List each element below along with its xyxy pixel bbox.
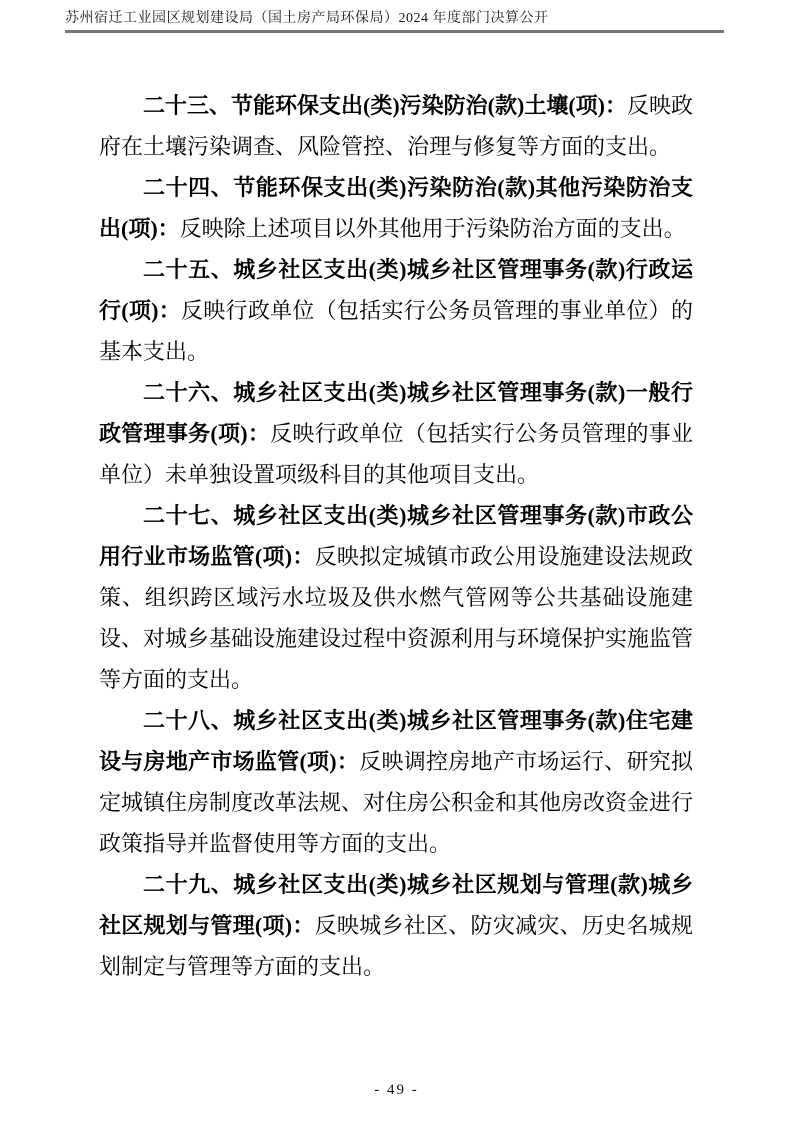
header-title: 苏州宿迁工业园区规划建设局（国土房产局环保局）2024 年度部门决算公开 <box>65 11 549 26</box>
page-number: - 49 - <box>374 1082 419 1098</box>
paragraph-27: 二十七、城乡社区支出(类)城乡社区管理事务(款)市政公用行业市场监管(项)：反映… <box>99 495 693 700</box>
document-page: 苏州宿迁工业园区规划建设局（国土房产局环保局）2024 年度部门决算公开 二十三… <box>0 0 793 1122</box>
page-header: 苏州宿迁工业园区规划建设局（国土房产局环保局）2024 年度部门决算公开 <box>65 11 724 33</box>
page-footer: - 49 - <box>0 1082 793 1099</box>
paragraph-24-text: 反映除上述项目以外其他用于污染防治方面的支出。 <box>180 216 686 241</box>
paragraph-28: 二十八、城乡社区支出(类)城乡社区管理事务(款)住宅建设与房地产市场监管(项)：… <box>99 700 693 864</box>
paragraph-29: 二十九、城乡社区支出(类)城乡社区规划与管理(款)城乡社区规划与管理(项)：反映… <box>99 864 693 987</box>
document-body: 二十三、节能环保支出(类)污染防治(款)土壤(项)：反映政府在土壤污染调查、风险… <box>99 85 693 987</box>
paragraph-24: 二十四、节能环保支出(类)污染防治(款)其他污染防治支出(项)：反映除上述项目以… <box>99 167 693 249</box>
paragraph-23: 二十三、节能环保支出(类)污染防治(款)土壤(项)：反映政府在土壤污染调查、风险… <box>99 85 693 167</box>
paragraph-25-text: 反映行政单位（包括实行公务员管理的事业单位）的基本支出。 <box>99 298 693 364</box>
paragraph-26: 二十六、城乡社区支出(类)城乡社区管理事务(款)一般行政管理事务(项)：反映行政… <box>99 372 693 495</box>
paragraph-25: 二十五、城乡社区支出(类)城乡社区管理事务(款)行政运行(项)：反映行政单位（包… <box>99 249 693 372</box>
paragraph-23-heading: 二十三、节能环保支出(类)污染防治(款)土壤(项)： <box>143 93 627 118</box>
